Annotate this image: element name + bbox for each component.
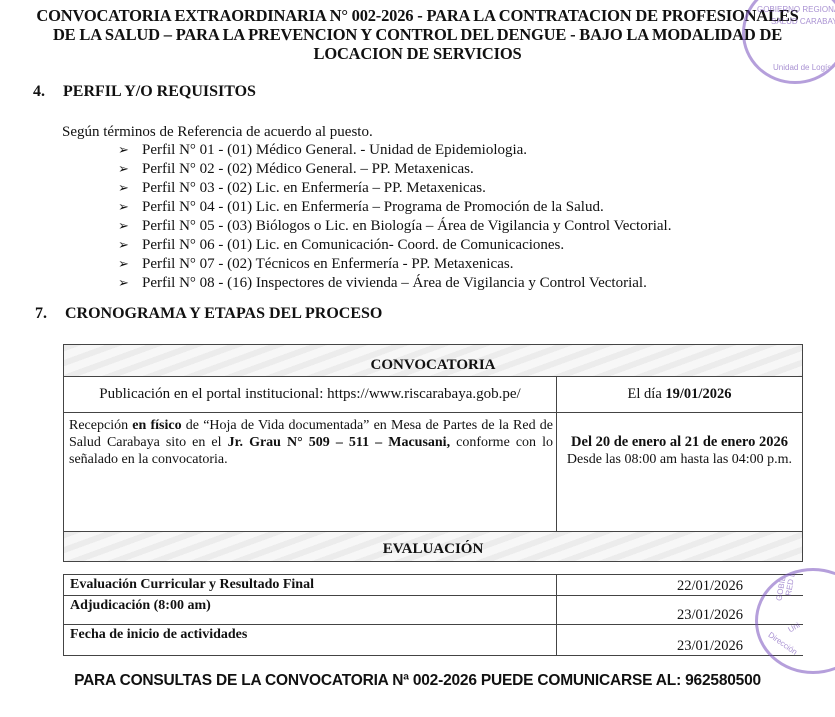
date-range: Del 20 de enero al 21 de enero 2026 [557, 434, 802, 451]
profile-text: Perfil N° 04 - (01) Lic. en Enfermería –… [142, 199, 604, 215]
official-stamp-top: GOBIERNO REGIONAL SALUD CARABAYA Unidad … [742, 0, 835, 84]
address: Jr. Grau N° 509 – 511 – Macusani, [228, 435, 451, 450]
stamp-text: GOBIERNO REGIONAL [757, 5, 835, 14]
text: Recepción [69, 418, 132, 433]
recepcion-dates: Del 20 de enero al 21 de enero 2026 Desd… [557, 413, 802, 531]
list-item: ➢Perfil N° 05 - (03) Biólogos o Lic. en … [118, 217, 671, 236]
hours: Desde las 08:00 am hasta las 04:00 p.m. [557, 451, 802, 468]
title-line-1: CONVOCATORIA EXTRAORDINARIA N° 002-2026 … [0, 6, 835, 25]
evaluacion-header: EVALUACIÓN [64, 541, 802, 558]
profile-text: Perfil N° 05 - (03) Biólogos o Lic. en B… [142, 218, 671, 234]
eval-label: Fecha de inicio de actividades [64, 625, 557, 655]
arrow-bullet-icon: ➢ [118, 179, 142, 198]
profile-text: Perfil N° 07 - (02) Técnicos en Enfermer… [142, 256, 513, 272]
text-bold: en físico [132, 418, 181, 433]
section-number: 7. [35, 305, 65, 323]
arrow-bullet-icon: ➢ [118, 198, 142, 217]
eval-label: Adjudicación (8:00 am) [64, 596, 557, 624]
publicacion-text: Publicación en el portal institucional: … [99, 386, 520, 403]
profile-text: Perfil N° 01 - (01) Médico General. - Un… [142, 142, 527, 158]
list-item: ➢Perfil N° 06 - (01) Lic. en Comunicació… [118, 236, 671, 255]
publicacion-date: El día 19/01/2026 [557, 377, 802, 412]
list-item: ➢Perfil N° 04 - (01) Lic. en Enfermería … [118, 198, 671, 217]
contact-footer: PARA CONSULTAS DE LA CONVOCATORIA Nª 002… [0, 672, 835, 690]
arrow-bullet-icon: ➢ [118, 274, 142, 293]
convocatoria-header-row: CONVOCATORIA [64, 345, 802, 376]
arrow-bullet-icon: ➢ [118, 160, 142, 179]
publicacion-date-value: 19/01/2026 [665, 386, 731, 403]
list-item: ➢Perfil N° 03 - (02) Lic. en Enfermería … [118, 179, 671, 198]
title-line-2: DE LA SALUD – PARA LA PREVENCION Y CONTR… [0, 25, 835, 44]
date-prefix: El día [628, 386, 666, 403]
list-item: ➢Perfil N° 01 - (01) Médico General. - U… [118, 141, 671, 160]
stamp-text: SALUD CARABAYA [771, 17, 835, 26]
stamp-text: Dirección [766, 630, 798, 656]
arrow-bullet-icon: ➢ [118, 141, 142, 160]
profile-text: Perfil N° 03 - (02) Lic. en Enfermería –… [142, 180, 486, 196]
profiles-list: ➢Perfil N° 01 - (01) Médico General. - U… [118, 141, 671, 293]
arrow-bullet-icon: ➢ [118, 236, 142, 255]
table-row: Fecha de inicio de actividades 23/01/202… [64, 624, 803, 655]
evaluacion-table: Evaluación Curricular y Resultado Final … [63, 574, 803, 656]
list-item: ➢Perfil N° 07 - (02) Técnicos en Enferme… [118, 255, 671, 274]
section-title: CRONOGRAMA Y ETAPAS DEL PROCESO [65, 305, 382, 322]
convocatoria-table: CONVOCATORIA Publicación en el portal in… [63, 344, 803, 562]
list-item: ➢Perfil N° 08 - (16) Inspectores de vivi… [118, 274, 671, 293]
list-item: ➢Perfil N° 02 - (02) Médico General. – P… [118, 160, 671, 179]
section-title: PERFIL Y/O REQUISITOS [63, 83, 256, 100]
arrow-bullet-icon: ➢ [118, 217, 142, 236]
stamp-text: Unidad de Logística [773, 63, 835, 72]
section-4-heading: 4.PERFIL Y/O REQUISITOS [33, 83, 256, 101]
table-row: Publicación en el portal institucional: … [64, 376, 802, 412]
section-7-heading: 7.CRONOGRAMA Y ETAPAS DEL PROCESO [35, 305, 382, 323]
convocatoria-header: CONVOCATORIA [64, 357, 802, 374]
evaluacion-header-row: EVALUACIÓN [64, 531, 802, 561]
stamp-text: Uni [787, 621, 802, 635]
eval-label: Evaluación Curricular y Resultado Final [64, 575, 557, 595]
arrow-bullet-icon: ➢ [118, 255, 142, 274]
table-row: Recepción en físico de “Hoja de Vida doc… [64, 412, 802, 531]
table-row: Adjudicación (8:00 am) 23/01/2026 [64, 595, 803, 624]
section-number: 4. [33, 83, 63, 101]
profile-text: Perfil N° 06 - (01) Lic. en Comunicación… [142, 237, 564, 253]
profile-text: Perfil N° 02 - (02) Médico General. – PP… [142, 161, 474, 177]
table-row: Evaluación Curricular y Resultado Final … [64, 575, 803, 595]
publicacion-label: Publicación en el portal institucional: … [64, 377, 557, 412]
profiles-intro: Según términos de Referencia de acuerdo … [62, 124, 373, 141]
title-line-3: LOCACION DE SERVICIOS [0, 44, 835, 63]
profile-text: Perfil N° 08 - (16) Inspectores de vivie… [142, 275, 647, 291]
recepcion-description: Recepción en físico de “Hoja de Vida doc… [64, 413, 557, 531]
document-title: CONVOCATORIA EXTRAORDINARIA N° 002-2026 … [0, 6, 835, 63]
